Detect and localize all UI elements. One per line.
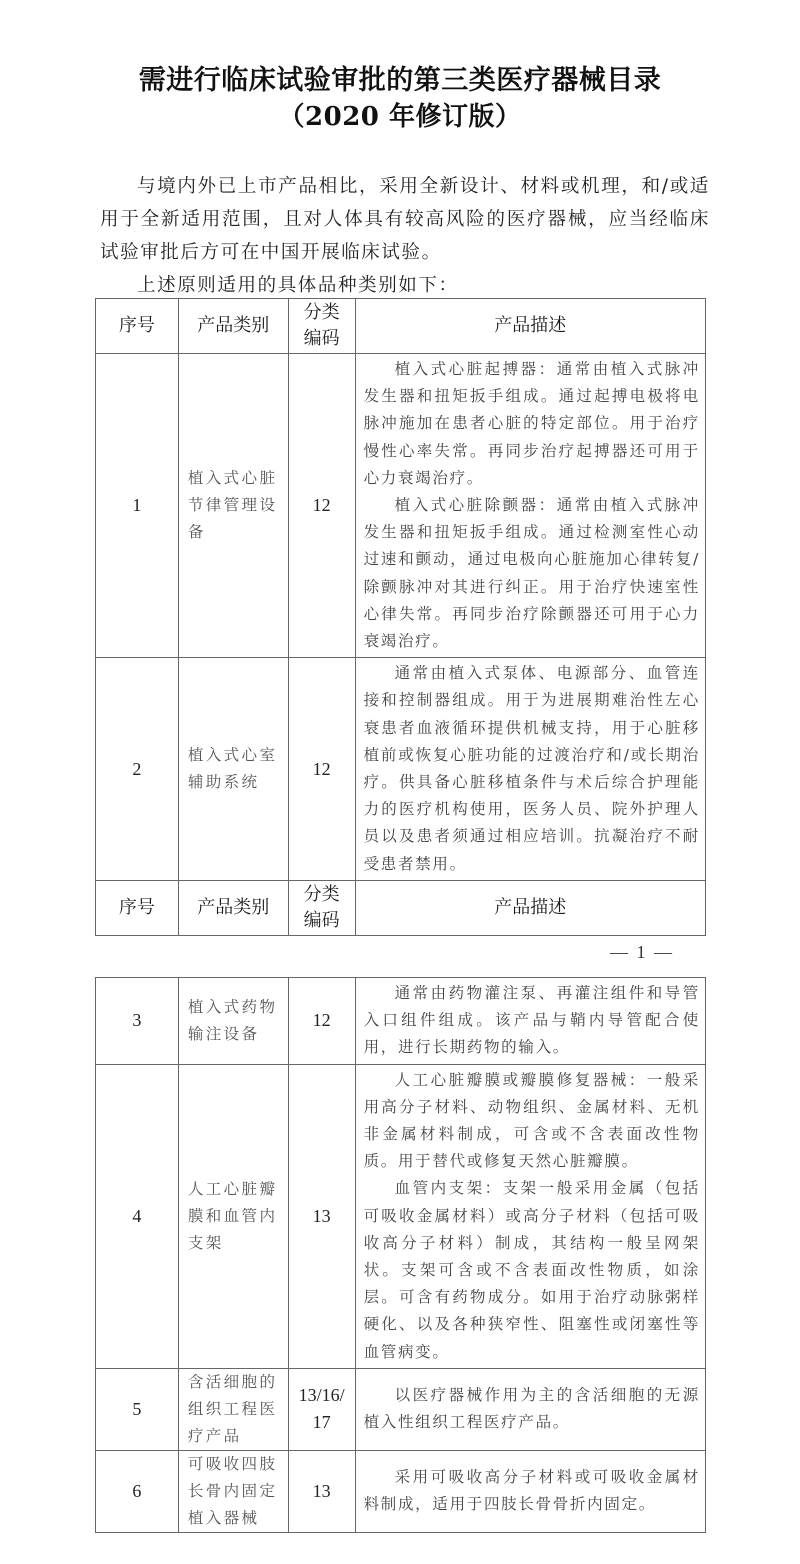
header-category: 产品类别 [178, 299, 288, 354]
table-row: 4 人工心脏瓣膜和血管内支架 13 人工心脏瓣膜或瓣膜修复器械：一般采用高分子材… [96, 1064, 706, 1368]
description-paragraph: 植入式心脏起搏器：通常由植入式脉冲发生器和扭矩扳手组成。通过起搏电极将电脉冲施加… [364, 356, 700, 492]
row-index: 6 [96, 1450, 179, 1532]
row-index: 3 [96, 978, 179, 1065]
row-category: 人工心脏瓣膜和血管内支架 [178, 1064, 288, 1368]
table-row: 6 可吸收四肢长骨内固定植入器械 13 采用可吸收高分子材料或可吸收金属材料制成… [96, 1450, 706, 1532]
header-code: 分类编码 [288, 299, 355, 354]
document-title: 需进行临床试验审批的第三类医疗器械目录 [0, 58, 800, 97]
catalog-table-page1: 序号 产品类别 分类编码 产品描述 1 植入式心脏节律管理设备 12 植入式心脏… [95, 298, 706, 936]
page-number: — 1 — [610, 942, 674, 963]
description-paragraph: 以医疗器械作用为主的含活细胞的无源植入性组织工程医疗产品。 [364, 1382, 700, 1436]
description-paragraph: 人工心脏瓣膜或瓣膜修复器械：一般采用高分子材料、动物组织、金属材料、无机非金属材… [364, 1067, 700, 1176]
row-category: 植入式心室辅助系统 [178, 658, 288, 881]
table-row: 1 植入式心脏节律管理设备 12 植入式心脏起搏器：通常由植入式脉冲发生器和扭矩… [96, 354, 706, 658]
row-code: 13/16/17 [288, 1368, 355, 1450]
catalog-table-page2: 3 植入式药物输注设备 12 通常由药物灌注泵、再灌注组件和导管入口组件组成。该… [95, 977, 706, 1533]
description-paragraph: 通常由植入式泵体、电源部分、血管连接和控制器组成。用于为进展期难治性左心衰患者血… [364, 660, 700, 878]
table-footer-header-row: 序号 产品类别 分类编码 产品描述 [96, 880, 706, 935]
description-paragraph: 采用可吸收高分子材料或可吸收金属材料制成，适用于四肢长骨骨折内固定。 [364, 1464, 700, 1518]
row-code: 12 [288, 978, 355, 1065]
table-row: 2 植入式心室辅助系统 12 通常由植入式泵体、电源部分、血管连接和控制器组成。… [96, 658, 706, 881]
description-paragraph: 植入式心脏除颤器：通常由植入式脉冲发生器和扭矩扳手组成。通过检测室性心动过速和颤… [364, 492, 700, 655]
table-header-row: 序号 产品类别 分类编码 产品描述 [96, 299, 706, 354]
row-index: 5 [96, 1368, 179, 1450]
row-category: 植入式药物输注设备 [178, 978, 288, 1065]
row-code: 13 [288, 1450, 355, 1532]
header-description: 产品描述 [355, 880, 705, 935]
row-code: 12 [288, 658, 355, 881]
table-row: 3 植入式药物输注设备 12 通常由药物灌注泵、再灌注组件和导管入口组件组成。该… [96, 978, 706, 1065]
row-index: 2 [96, 658, 179, 881]
row-description: 以医疗器械作用为主的含活细胞的无源植入性组织工程医疗产品。 [355, 1368, 705, 1450]
row-code: 12 [288, 354, 355, 658]
header-index: 序号 [96, 880, 179, 935]
row-index: 4 [96, 1064, 179, 1368]
document-subtitle: （2020 年修订版） [0, 96, 800, 133]
row-description: 通常由药物灌注泵、再灌注组件和导管入口组件组成。该产品与鞘内导管配合使用，进行长… [355, 978, 705, 1065]
intro-section: 与境内外已上市产品相比，采用全新设计、材料或机理，和/或适用于全新适用范围，且对… [100, 170, 710, 302]
description-paragraph: 通常由药物灌注泵、再灌注组件和导管入口组件组成。该产品与鞘内导管配合使用，进行长… [364, 980, 700, 1062]
row-description: 通常由植入式泵体、电源部分、血管连接和控制器组成。用于为进展期难治性左心衰患者血… [355, 658, 705, 881]
row-description: 人工心脏瓣膜或瓣膜修复器械：一般采用高分子材料、动物组织、金属材料、无机非金属材… [355, 1064, 705, 1368]
row-index: 1 [96, 354, 179, 658]
header-category: 产品类别 [178, 880, 288, 935]
header-index: 序号 [96, 299, 179, 354]
row-category: 可吸收四肢长骨内固定植入器械 [178, 1450, 288, 1532]
row-description: 植入式心脏起搏器：通常由植入式脉冲发生器和扭矩扳手组成。通过起搏电极将电脉冲施加… [355, 354, 705, 658]
description-paragraph: 血管内支架：支架一般采用金属（包括可吸收金属材料）或高分子材料（包括可吸收高分子… [364, 1175, 700, 1365]
table-row: 5 含活细胞的组织工程医疗产品 13/16/17 以医疗器械作用为主的含活细胞的… [96, 1368, 706, 1450]
row-category: 植入式心脏节律管理设备 [178, 354, 288, 658]
row-category: 含活细胞的组织工程医疗产品 [178, 1368, 288, 1450]
header-description: 产品描述 [355, 299, 705, 354]
row-description: 采用可吸收高分子材料或可吸收金属材料制成，适用于四肢长骨骨折内固定。 [355, 1450, 705, 1532]
intro-paragraph: 与境内外已上市产品相比，采用全新设计、材料或机理，和/或适用于全新适用范围，且对… [100, 170, 710, 269]
row-code: 13 [288, 1064, 355, 1368]
header-code: 分类编码 [288, 880, 355, 935]
